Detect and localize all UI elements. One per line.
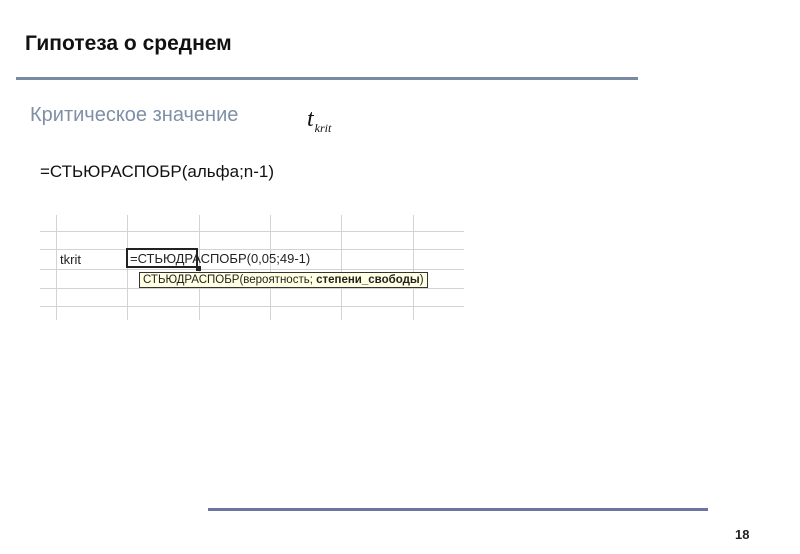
grid-row-line: [40, 269, 464, 270]
grid-col-line: [270, 215, 271, 320]
formula-text: =СТЬЮРАСПОБР(альфа;n-1): [40, 162, 274, 182]
title-divider: [16, 77, 638, 80]
symbol-subscript: krit: [315, 121, 332, 135]
tooltip-close: ): [420, 274, 424, 286]
grid-col-line: [341, 215, 342, 320]
spreadsheet-screenshot: tkrit =СТЬЮДРАСПОБР(0,05;49-1) СТЬЮДРАСП…: [40, 215, 464, 320]
cell-tkrit-label[interactable]: tkrit: [60, 252, 81, 267]
tooltip-function: СТЬЮДРАСПОБР(: [143, 274, 243, 286]
grid-col-line: [413, 215, 414, 320]
grid-row-line: [40, 249, 464, 250]
grid-row-line: [40, 288, 464, 289]
subtitle: Критическое значение: [30, 104, 238, 127]
slide-title: Гипотеза о среднем: [25, 32, 232, 56]
cell-formula-input[interactable]: =СТЬЮДРАСПОБР(0,05;49-1): [130, 251, 310, 266]
grid-col-line: [56, 215, 57, 320]
symbol-base: t: [307, 106, 314, 132]
grid-row-line: [40, 231, 464, 232]
function-tooltip: СТЬЮДРАСПОБР(вероятность; степени_свобод…: [139, 272, 428, 288]
tooltip-arg1: вероятность;: [243, 274, 316, 286]
page-number: 18: [735, 527, 749, 542]
t-krit-symbol: tkrit: [307, 106, 330, 133]
footer-divider: [208, 508, 708, 511]
fill-handle[interactable]: [196, 266, 201, 271]
tooltip-arg2-active: степени_свободы: [316, 274, 420, 286]
grid-row-line: [40, 306, 464, 307]
